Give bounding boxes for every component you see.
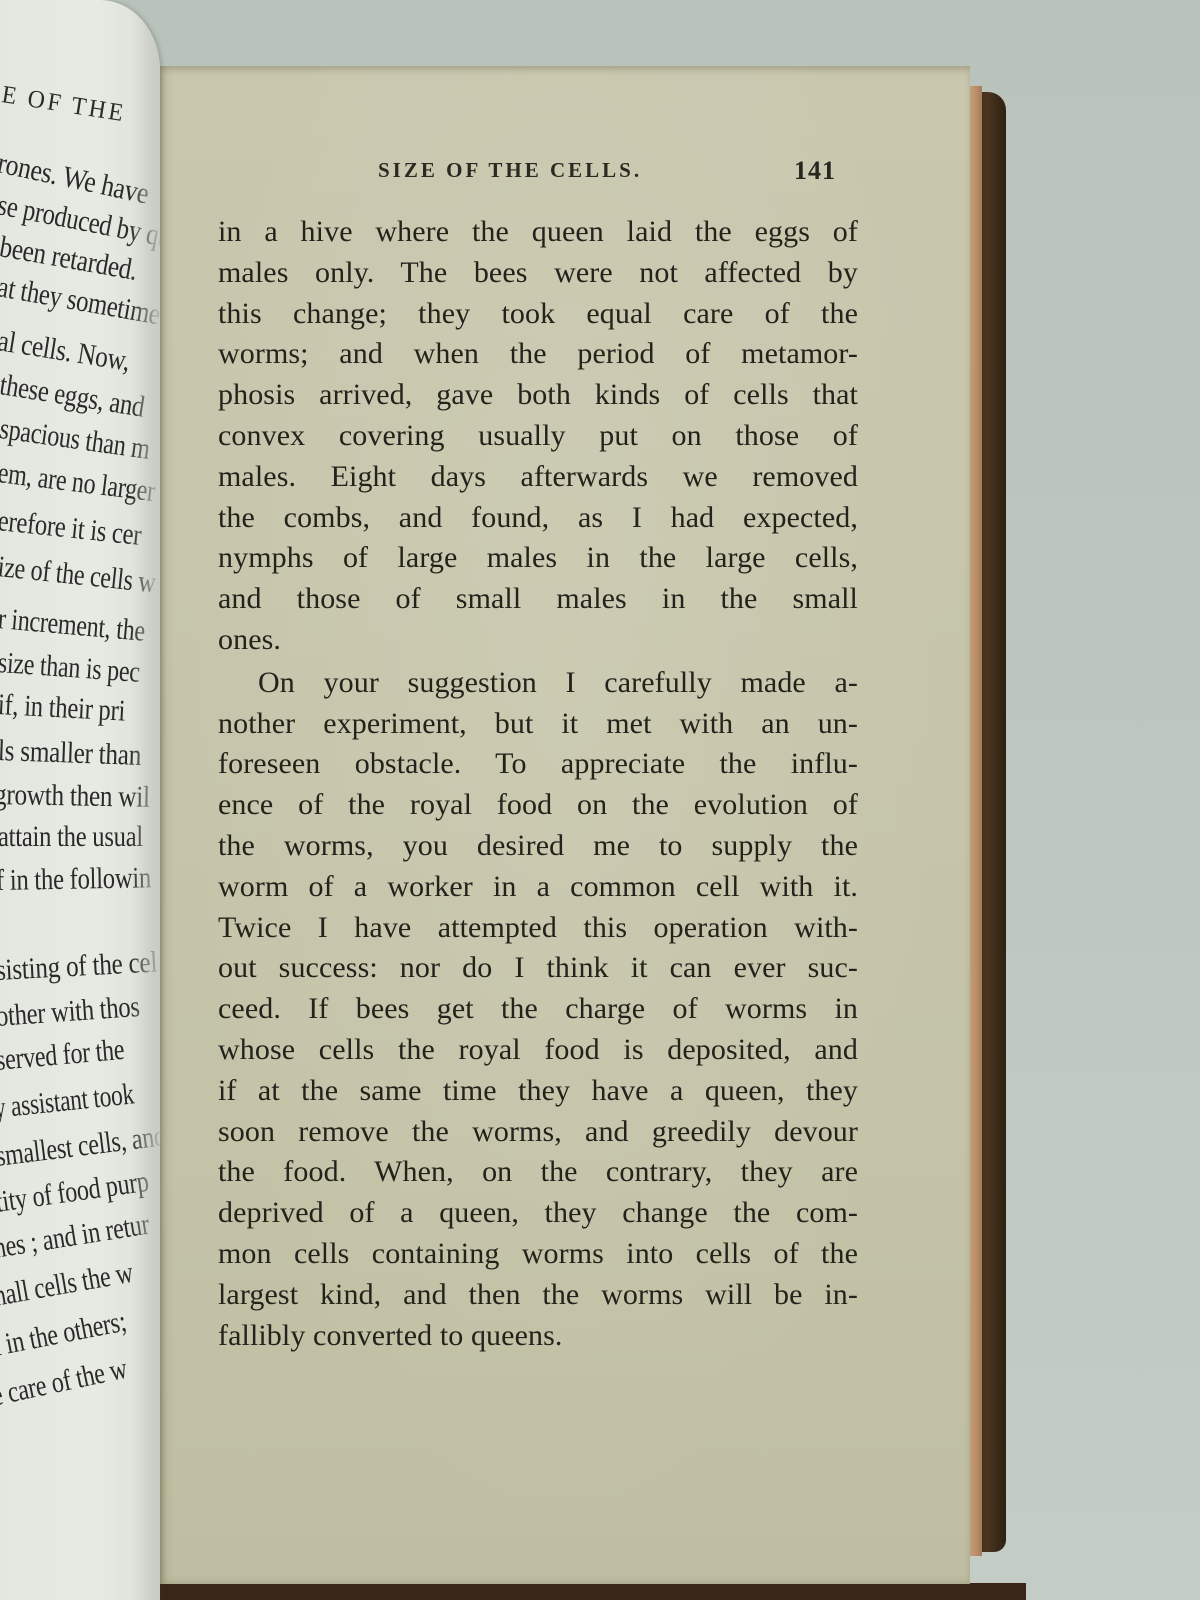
text-line: in a hive where the queen laid the eggs … xyxy=(218,212,858,253)
text-line: soon remove the worms, and greedily devo… xyxy=(218,1112,858,1153)
text-line: this change; they took equal care of the xyxy=(218,294,858,335)
text-line: deprived of a queen, they change the com… xyxy=(218,1193,858,1234)
text-line: fallibly converted to queens. xyxy=(218,1316,858,1357)
running-head-title: SIZE OF THE CELLS. xyxy=(378,158,642,183)
left-text-line: f in the followin xyxy=(0,863,151,896)
text-line: worms; and when the period of metamor- xyxy=(218,334,858,375)
text-line: mon cells containing worms into cells of… xyxy=(218,1234,858,1275)
left-text-line: ls smaller than xyxy=(0,736,142,771)
text-line: the food. When, on the contrary, they ar… xyxy=(218,1152,858,1193)
text-line: whose cells the royal food is deposited,… xyxy=(218,1030,858,1071)
left-text-line: e care of the w xyxy=(0,1354,130,1412)
left-text-line: y assistant took xyxy=(0,1079,135,1124)
left-running-head-fragment: E OF THE xyxy=(0,82,128,126)
left-text-line: if, in their pri xyxy=(0,690,126,727)
text-line: out success: nor do I think it can ever … xyxy=(218,948,858,989)
left-text-line: other with thos xyxy=(0,992,141,1032)
left-text-line: nall cells the w xyxy=(0,1258,135,1312)
text-line: worm of a worker in a common cell with i… xyxy=(218,867,858,908)
left-text-line: erefore it is cer xyxy=(0,506,143,551)
left-page: E OF THE rones. We have se produced by q… xyxy=(0,0,160,1600)
left-text-line: al cells. Now, xyxy=(0,326,132,376)
text-line: ceed. If bees get the charge of worms in xyxy=(218,989,858,1030)
paragraph-start-line: On your suggestion I carefully made a- xyxy=(218,663,858,704)
running-head: SIZE OF THE CELLS. xyxy=(378,158,848,188)
book-bottom-board xyxy=(146,1583,1026,1600)
text-line: the combs, and found, as I had expected, xyxy=(218,498,858,539)
text-line: males. Eight days afterwards we removed xyxy=(218,457,858,498)
text-line: ones. xyxy=(218,620,858,661)
text-line: nother experiment, but it met with an un… xyxy=(218,704,858,745)
left-text-line: r increment, the xyxy=(0,604,146,647)
text-line: the worms, you desired me to supply the xyxy=(218,826,858,867)
left-text-line: size than is pec xyxy=(0,648,141,688)
left-text-line: attain the usual xyxy=(0,822,143,852)
text-line: convex covering usually put on those of xyxy=(218,416,858,457)
body-text: in a hive where the queen laid the eggs … xyxy=(218,212,858,1356)
left-text-line: growth then wil xyxy=(0,780,150,813)
text-line: males only. The bees were not affected b… xyxy=(218,253,858,294)
page-number: 141 xyxy=(794,156,836,186)
text-line: largest kind, and then the worms will be… xyxy=(218,1275,858,1316)
left-text-line: l in the others; xyxy=(0,1307,129,1362)
text-line: foreseen obstacle. To appreciate the inf… xyxy=(218,744,858,785)
text-line: phosis arrived, gave both kinds of cells… xyxy=(218,375,858,416)
right-page: SIZE OF THE CELLS. 141 in a hive where t… xyxy=(158,66,970,1584)
text-line: ence of the royal food on the evolution … xyxy=(218,785,858,826)
page-block-edge xyxy=(968,86,982,1556)
left-page-gutter-shadow xyxy=(130,0,160,1600)
text-line: if at the same time they have a queen, t… xyxy=(218,1071,858,1112)
text-line: and those of small males in the small xyxy=(218,579,858,620)
text-line: nymphs of large males in the large cells… xyxy=(218,538,858,579)
text-line: Twice I have attempted this operation wi… xyxy=(218,908,858,949)
left-text-line: served for the xyxy=(0,1035,125,1076)
